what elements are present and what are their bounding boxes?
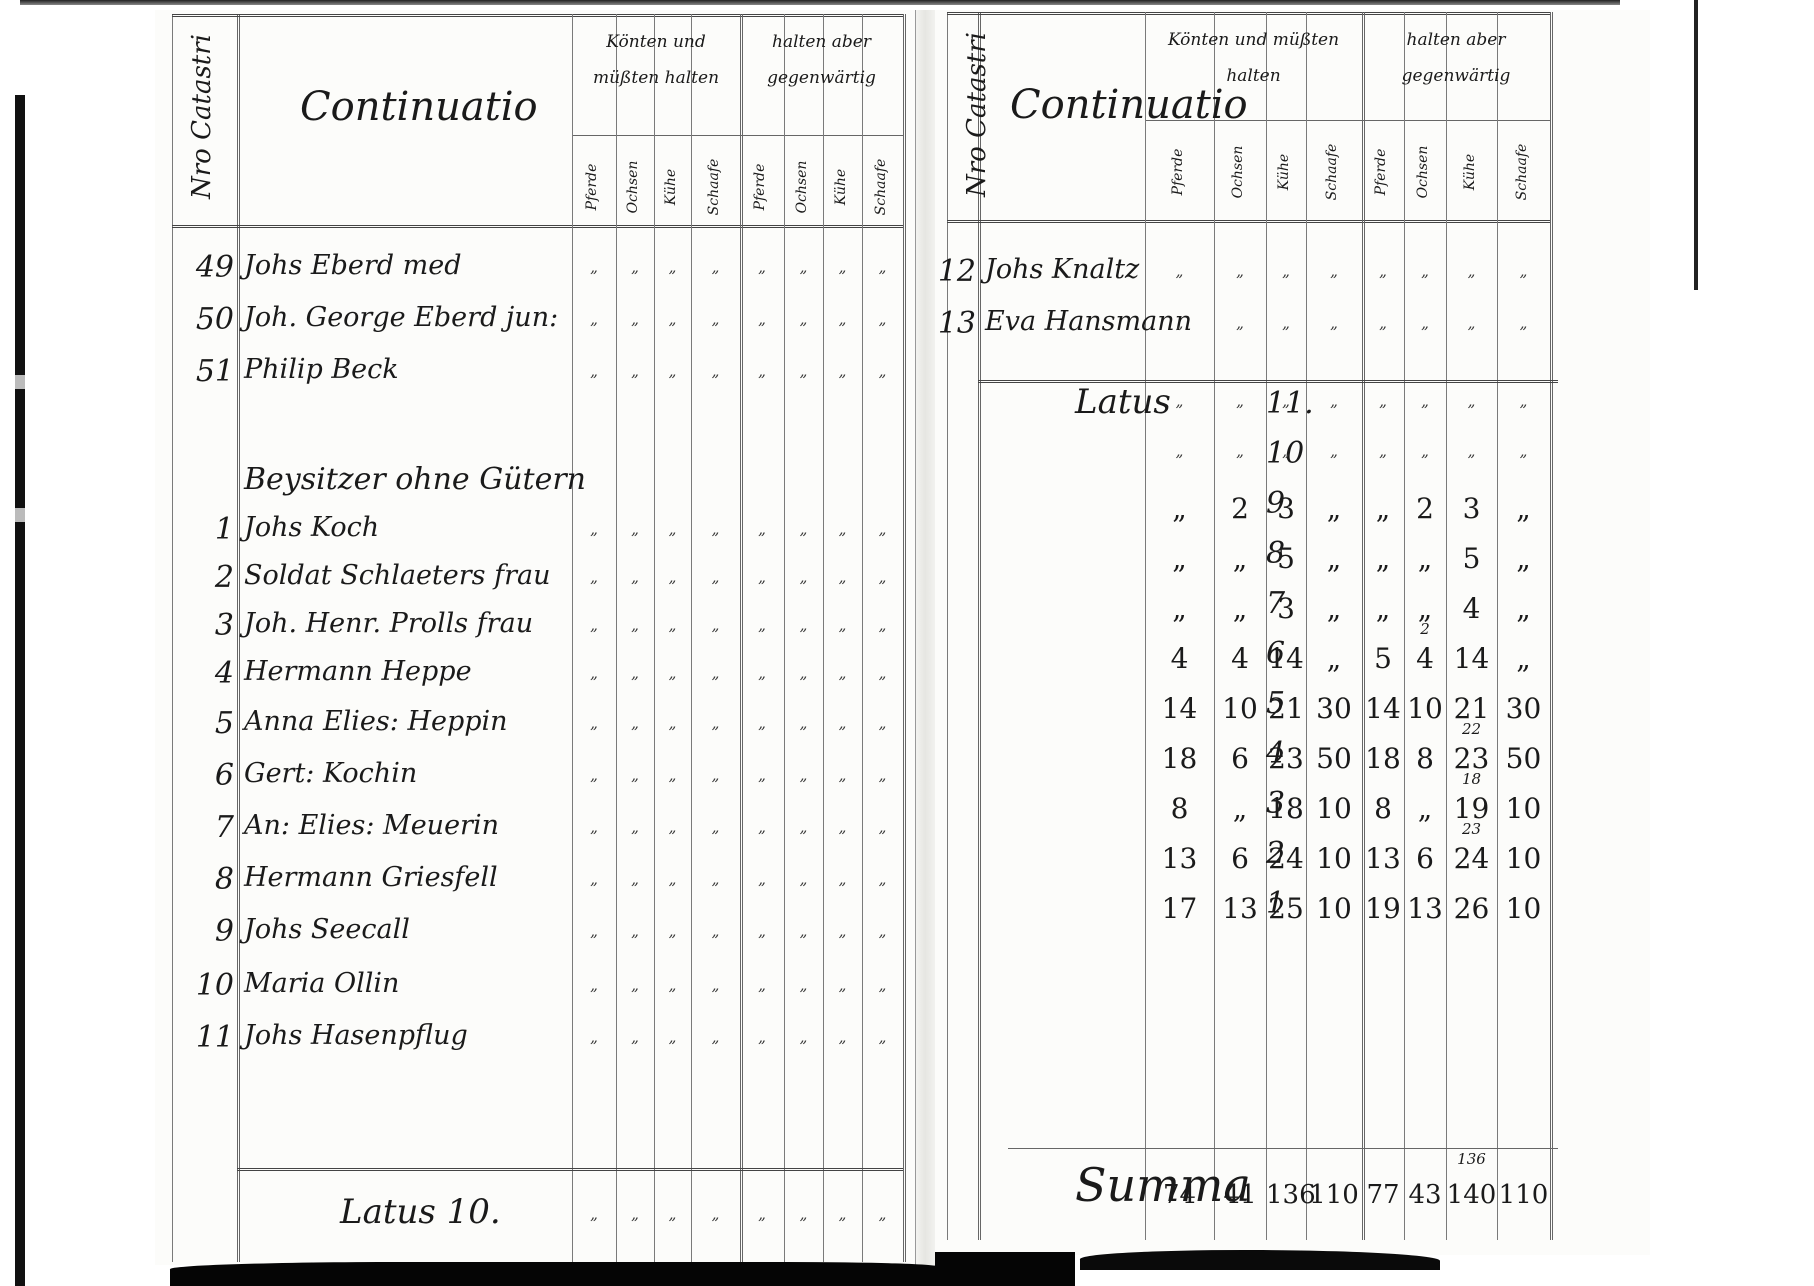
column-header: Ochsen <box>1230 127 1250 217</box>
table-cell: „ <box>691 362 740 396</box>
correction-note: 18 <box>1446 770 1497 788</box>
table-cell: 13 <box>1214 892 1266 926</box>
table-cell: „ <box>862 766 903 800</box>
table-cell: „ <box>572 766 616 800</box>
table-cell: 41 <box>1214 1180 1266 1214</box>
table-cell: „ <box>572 258 616 292</box>
scan-top-shadow <box>20 0 1620 5</box>
table-cell: „ <box>740 922 784 956</box>
book-spine <box>915 10 937 1265</box>
row-name: Soldat Schlaeters frau <box>244 560 564 600</box>
table-cell: „ <box>1306 642 1362 676</box>
ruling-line <box>237 1168 903 1171</box>
table-cell: „ <box>616 310 654 344</box>
table-cell: „ <box>691 766 740 800</box>
table-cell: „ <box>654 616 691 650</box>
table-cell: „ <box>572 568 616 602</box>
table-cell: 50 <box>1306 742 1362 776</box>
ruling-line <box>1497 12 1498 1240</box>
table-cell: „ <box>784 1028 823 1062</box>
table-cell: „ <box>1362 392 1404 426</box>
row-name: Joh. George Eberd jun: <box>244 302 564 342</box>
table-cell: 6 <box>1214 842 1266 876</box>
row-number: 51 <box>176 354 234 394</box>
table-cell: „ <box>1497 262 1550 296</box>
table-cell: „ <box>1306 392 1362 426</box>
ruling-line <box>947 12 1550 15</box>
table-cell: „ <box>1145 392 1214 426</box>
table-cell: „ <box>862 870 903 904</box>
table-cell: 10 <box>1497 792 1550 826</box>
ruling-line <box>1446 12 1447 1240</box>
table-cell: „ <box>691 922 740 956</box>
table-cell: „ <box>616 520 654 554</box>
ruling-line <box>1145 12 1146 1240</box>
table-cell: „ <box>740 818 784 852</box>
table-cell: „ <box>616 258 654 292</box>
table-cell: „ <box>823 520 862 554</box>
table-cell: 18 <box>1362 742 1404 776</box>
row-number: 7 <box>176 810 234 850</box>
table-cell: 23 <box>1266 742 1306 776</box>
table-cell: „ <box>1446 262 1497 296</box>
table-cell: „ <box>1214 792 1266 826</box>
row-number: 3 <box>176 608 234 648</box>
table-cell: „ <box>654 664 691 698</box>
table-cell: „ <box>1404 442 1446 476</box>
correction-note: 23 <box>1446 820 1497 838</box>
table-cell: „ <box>823 870 862 904</box>
table-cell: 2 <box>1214 492 1266 526</box>
table-cell: 8 <box>1362 792 1404 826</box>
table-cell: „ <box>654 258 691 292</box>
ruling-line <box>903 14 906 1262</box>
table-cell: „ <box>616 616 654 650</box>
table-cell: „ <box>740 362 784 396</box>
page-title: Continuatio <box>300 84 560 144</box>
row-name: Philip Beck <box>244 354 564 394</box>
table-cell: „ <box>823 568 862 602</box>
table-cell: 5 <box>1266 542 1306 576</box>
column-header: Kühe <box>1462 127 1482 217</box>
table-cell: „ <box>654 922 691 956</box>
table-cell: „ <box>740 870 784 904</box>
table-cell: 30 <box>1306 692 1362 726</box>
table-cell: „ <box>1362 542 1404 576</box>
table-cell: „ <box>784 310 823 344</box>
table-cell: „ <box>616 1028 654 1062</box>
table-cell: 13 <box>1404 892 1446 926</box>
column-header: Ochsen <box>794 142 814 232</box>
scan-bottom-shadow <box>935 1252 1075 1286</box>
table-cell: „ <box>862 258 903 292</box>
column-header: Schaafe <box>1324 127 1344 217</box>
table-cell: 10 <box>1404 692 1446 726</box>
table-cell: „ <box>784 976 823 1010</box>
table-cell: „ <box>616 818 654 852</box>
table-cell: „ <box>616 870 654 904</box>
correction-note: 22 <box>1446 720 1497 738</box>
table-cell: „ <box>654 976 691 1010</box>
ruling-line <box>237 14 240 1262</box>
table-cell: „ <box>1306 542 1362 576</box>
row-number: 10 <box>176 968 234 1008</box>
table-cell: „ <box>691 568 740 602</box>
column-header: Kühe <box>833 142 853 232</box>
table-cell: „ <box>1404 542 1446 576</box>
table-cell: „ <box>862 362 903 396</box>
table-cell: 4 <box>1404 642 1446 676</box>
table-cell: 50 <box>1497 742 1550 776</box>
table-cell: „ <box>616 1205 654 1239</box>
table-cell: „ <box>616 922 654 956</box>
table-cell: „ <box>740 520 784 554</box>
column-header: Pferde <box>1373 127 1393 217</box>
table-cell: 10 <box>1306 892 1362 926</box>
table-cell: „ <box>740 310 784 344</box>
row-number: 9 <box>176 914 234 954</box>
table-cell: „ <box>862 568 903 602</box>
scan-edge-mark <box>15 508 25 522</box>
table-cell: „ <box>691 1028 740 1062</box>
table-cell: 25 <box>1266 892 1306 926</box>
table-cell: „ <box>1145 542 1214 576</box>
ruling-line <box>947 12 948 1240</box>
table-cell: 6 <box>1404 842 1446 876</box>
table-cell: „ <box>1497 542 1550 576</box>
table-cell: „ <box>1362 492 1404 526</box>
table-cell: 10 <box>1214 692 1266 726</box>
table-cell: „ <box>862 818 903 852</box>
ruling-line <box>172 14 173 1262</box>
table-cell: „ <box>1404 262 1446 296</box>
table-cell: „ <box>1306 262 1362 296</box>
column-header: Schaafe <box>873 142 893 232</box>
table-cell: 77 <box>1362 1180 1404 1214</box>
table-cell: „ <box>1266 442 1306 476</box>
table-cell: „ <box>1497 492 1550 526</box>
table-cell: „ <box>1145 314 1214 348</box>
table-cell: „ <box>616 568 654 602</box>
table-cell: „ <box>1362 442 1404 476</box>
table-cell: „ <box>616 664 654 698</box>
table-cell: „ <box>1362 592 1404 626</box>
ruling-line <box>1362 12 1365 1240</box>
table-cell: 18 <box>1145 742 1214 776</box>
column-header: Ochsen <box>1415 127 1435 217</box>
table-cell: „ <box>1497 392 1550 426</box>
table-cell: „ <box>784 568 823 602</box>
scan-left-edge <box>15 95 25 1286</box>
table-cell: „ <box>1214 262 1266 296</box>
table-cell: 2 <box>1404 492 1446 526</box>
table-cell: „ <box>862 1028 903 1062</box>
table-cell: „ <box>823 976 862 1010</box>
row-number: 50 <box>176 302 234 342</box>
table-cell: „ <box>1306 442 1362 476</box>
table-cell: „ <box>1404 314 1446 348</box>
column-group-header: Könten und müßten halten <box>1145 22 1362 102</box>
ruling-line <box>1008 1148 1558 1149</box>
table-cell: „ <box>740 1028 784 1062</box>
table-cell: „ <box>1497 442 1550 476</box>
table-cell: „ <box>1446 392 1497 426</box>
correction-note: 2 <box>1404 620 1446 638</box>
table-cell: „ <box>784 766 823 800</box>
row-number: 13 <box>918 306 976 346</box>
table-cell: 4 <box>1145 642 1214 676</box>
table-cell: 10 <box>1306 792 1362 826</box>
table-cell: „ <box>823 766 862 800</box>
table-cell: 110 <box>1497 1180 1550 1214</box>
table-cell: „ <box>1145 442 1214 476</box>
table-cell: „ <box>823 1028 862 1062</box>
table-cell: „ <box>691 870 740 904</box>
table-cell: „ <box>1266 262 1306 296</box>
row-name: Anna Elies: Heppin <box>244 706 564 746</box>
table-cell: „ <box>1145 492 1214 526</box>
table-cell: „ <box>1214 542 1266 576</box>
table-cell: 3 <box>1266 492 1306 526</box>
table-cell: „ <box>784 664 823 698</box>
row-name: Hermann Griesfell <box>244 862 564 902</box>
table-cell: „ <box>691 520 740 554</box>
table-cell: „ <box>1362 262 1404 296</box>
table-cell: „ <box>740 664 784 698</box>
table-cell: 8 <box>1145 792 1214 826</box>
table-cell: „ <box>740 568 784 602</box>
scan-edge-mark <box>15 375 25 389</box>
ruling-line <box>572 135 903 136</box>
table-cell: „ <box>823 1205 862 1239</box>
table-cell: „ <box>823 714 862 748</box>
table-cell: „ <box>691 616 740 650</box>
table-cell: „ <box>1306 492 1362 526</box>
table-cell: „ <box>1214 442 1266 476</box>
table-cell: „ <box>654 520 691 554</box>
table-cell: „ <box>572 818 616 852</box>
table-cell: 3 <box>1266 592 1306 626</box>
table-cell: „ <box>784 362 823 396</box>
table-cell: 3 <box>1446 492 1497 526</box>
table-cell: „ <box>784 520 823 554</box>
table-cell: 14 <box>1362 692 1404 726</box>
table-cell: „ <box>572 1028 616 1062</box>
table-cell: „ <box>784 1205 823 1239</box>
table-cell: „ <box>616 976 654 1010</box>
table-cell: „ <box>740 1205 784 1239</box>
table-cell: „ <box>740 258 784 292</box>
row-number: 5 <box>176 706 234 746</box>
table-cell: „ <box>572 362 616 396</box>
latus-label: Latus 10. <box>340 1192 540 1242</box>
scan-bottom-shadow <box>1080 1250 1440 1270</box>
row-name: Johs Eberd med <box>244 250 564 290</box>
table-cell: „ <box>1266 392 1306 426</box>
table-cell: „ <box>654 362 691 396</box>
table-cell: „ <box>572 714 616 748</box>
table-cell: „ <box>691 664 740 698</box>
table-cell: „ <box>572 664 616 698</box>
table-cell: „ <box>862 1205 903 1239</box>
row-name: Maria Ollin <box>244 968 564 1008</box>
table-cell: 10 <box>1306 842 1362 876</box>
table-cell: 140 <box>1446 1180 1497 1214</box>
table-cell: „ <box>572 922 616 956</box>
table-cell: „ <box>1266 314 1306 348</box>
table-cell: „ <box>654 766 691 800</box>
table-cell: 136 <box>1266 1180 1306 1214</box>
table-cell: „ <box>654 310 691 344</box>
table-cell: „ <box>572 870 616 904</box>
table-cell: 14 <box>1266 642 1306 676</box>
table-cell: 13 <box>1362 842 1404 876</box>
table-cell: „ <box>823 922 862 956</box>
table-cell: „ <box>654 1028 691 1062</box>
table-cell: „ <box>654 568 691 602</box>
table-cell: 8 <box>1404 742 1446 776</box>
table-cell: 6 <box>1214 742 1266 776</box>
table-cell: „ <box>784 714 823 748</box>
ruling-line <box>978 380 1558 383</box>
table-cell: „ <box>654 1205 691 1239</box>
table-cell: „ <box>1446 314 1497 348</box>
table-cell: 13 <box>1145 842 1214 876</box>
section-heading: Beysitzer ohne Gütern <box>244 462 574 506</box>
table-cell: „ <box>862 714 903 748</box>
row-number: 1 <box>176 512 234 552</box>
table-cell: „ <box>1306 314 1362 348</box>
table-cell: 5 <box>1362 642 1404 676</box>
table-cell: „ <box>572 520 616 554</box>
table-cell: „ <box>862 310 903 344</box>
table-cell: „ <box>823 310 862 344</box>
table-cell: „ <box>616 714 654 748</box>
table-cell: „ <box>572 976 616 1010</box>
column-header: Kühe <box>1276 127 1296 217</box>
table-cell: „ <box>654 870 691 904</box>
ruling-line <box>947 220 1550 223</box>
row-name: Johs Koch <box>244 512 564 552</box>
correction-note: 136 <box>1446 1150 1497 1168</box>
nro-catastri-header: Nro Catastri <box>187 9 227 199</box>
table-cell: 21 <box>1266 692 1306 726</box>
table-cell: „ <box>654 714 691 748</box>
table-cell: 26 <box>1446 892 1497 926</box>
table-cell: „ <box>1145 262 1214 296</box>
column-header: Pferde <box>1170 127 1190 217</box>
table-cell: „ <box>1446 442 1497 476</box>
table-cell: „ <box>1214 314 1266 348</box>
column-header: Kühe <box>663 142 683 232</box>
table-cell: 24 <box>1446 842 1497 876</box>
row-number: 8 <box>176 862 234 902</box>
table-cell: „ <box>784 258 823 292</box>
table-cell: 74 <box>1145 1180 1214 1214</box>
table-cell: 18 <box>1266 792 1306 826</box>
table-cell: „ <box>654 818 691 852</box>
table-cell: „ <box>616 766 654 800</box>
column-group-header: Könten und müßten halten <box>572 24 740 104</box>
table-cell: „ <box>616 362 654 396</box>
row-number: 11 <box>176 1020 234 1060</box>
table-cell: 17 <box>1145 892 1214 926</box>
row-number: 49 <box>176 250 234 290</box>
table-cell: „ <box>1404 792 1446 826</box>
table-cell: 10 <box>1497 842 1550 876</box>
ruling-line <box>1214 12 1215 1240</box>
table-cell: „ <box>691 818 740 852</box>
column-header: Schaafe <box>706 142 726 232</box>
table-cell: „ <box>1404 392 1446 426</box>
table-cell: „ <box>784 870 823 904</box>
column-group-header: halten aber gegenwärtig <box>740 24 903 104</box>
table-cell: „ <box>691 1205 740 1239</box>
row-number: 12 <box>918 254 976 294</box>
table-cell: 43 <box>1404 1180 1446 1214</box>
scan-right-edge-line <box>1694 0 1698 290</box>
table-cell: „ <box>784 616 823 650</box>
table-cell: „ <box>1497 314 1550 348</box>
table-cell: 19 <box>1362 892 1404 926</box>
row-number: 4 <box>176 656 234 696</box>
table-cell: „ <box>1306 592 1362 626</box>
row-name: Johs Seecall <box>244 914 564 954</box>
table-cell: „ <box>862 664 903 698</box>
table-cell: „ <box>691 258 740 292</box>
table-cell: 4 <box>1214 642 1266 676</box>
row-number: 2 <box>176 560 234 600</box>
table-cell: 24 <box>1266 842 1306 876</box>
ruling-line <box>172 14 903 17</box>
table-cell: „ <box>740 766 784 800</box>
table-cell: „ <box>691 714 740 748</box>
table-cell: „ <box>1497 642 1550 676</box>
table-cell: 4 <box>1446 592 1497 626</box>
table-cell: „ <box>823 258 862 292</box>
table-cell: „ <box>1214 392 1266 426</box>
table-cell: „ <box>1362 314 1404 348</box>
scan-bottom-shadow <box>170 1262 940 1286</box>
table-cell: „ <box>784 818 823 852</box>
table-cell: 14 <box>1145 692 1214 726</box>
table-cell: „ <box>823 616 862 650</box>
table-cell: „ <box>572 616 616 650</box>
table-cell: „ <box>740 976 784 1010</box>
ruling-line <box>1550 12 1553 1240</box>
table-cell: 30 <box>1497 692 1550 726</box>
row-name: Gert: Kochin <box>244 758 564 798</box>
table-cell: 5 <box>1446 542 1497 576</box>
table-cell: „ <box>1214 592 1266 626</box>
column-header: Pferde <box>752 142 772 232</box>
column-header: Schaafe <box>1514 127 1534 217</box>
table-cell: „ <box>862 616 903 650</box>
row-name: Johs Hasenpflug <box>244 1020 564 1060</box>
table-cell: „ <box>740 616 784 650</box>
column-group-header: halten aber gegenwärtig <box>1362 22 1550 102</box>
table-cell: „ <box>862 976 903 1010</box>
row-name: An: Elies: Meuerin <box>244 810 564 850</box>
table-cell: „ <box>823 818 862 852</box>
row-name: Joh. Henr. Prolls frau <box>244 608 564 648</box>
table-cell: „ <box>862 520 903 554</box>
table-cell: „ <box>862 922 903 956</box>
table-cell: „ <box>823 664 862 698</box>
table-cell: 14 <box>1446 642 1497 676</box>
row-name: Hermann Heppe <box>244 656 564 696</box>
table-cell: „ <box>691 310 740 344</box>
